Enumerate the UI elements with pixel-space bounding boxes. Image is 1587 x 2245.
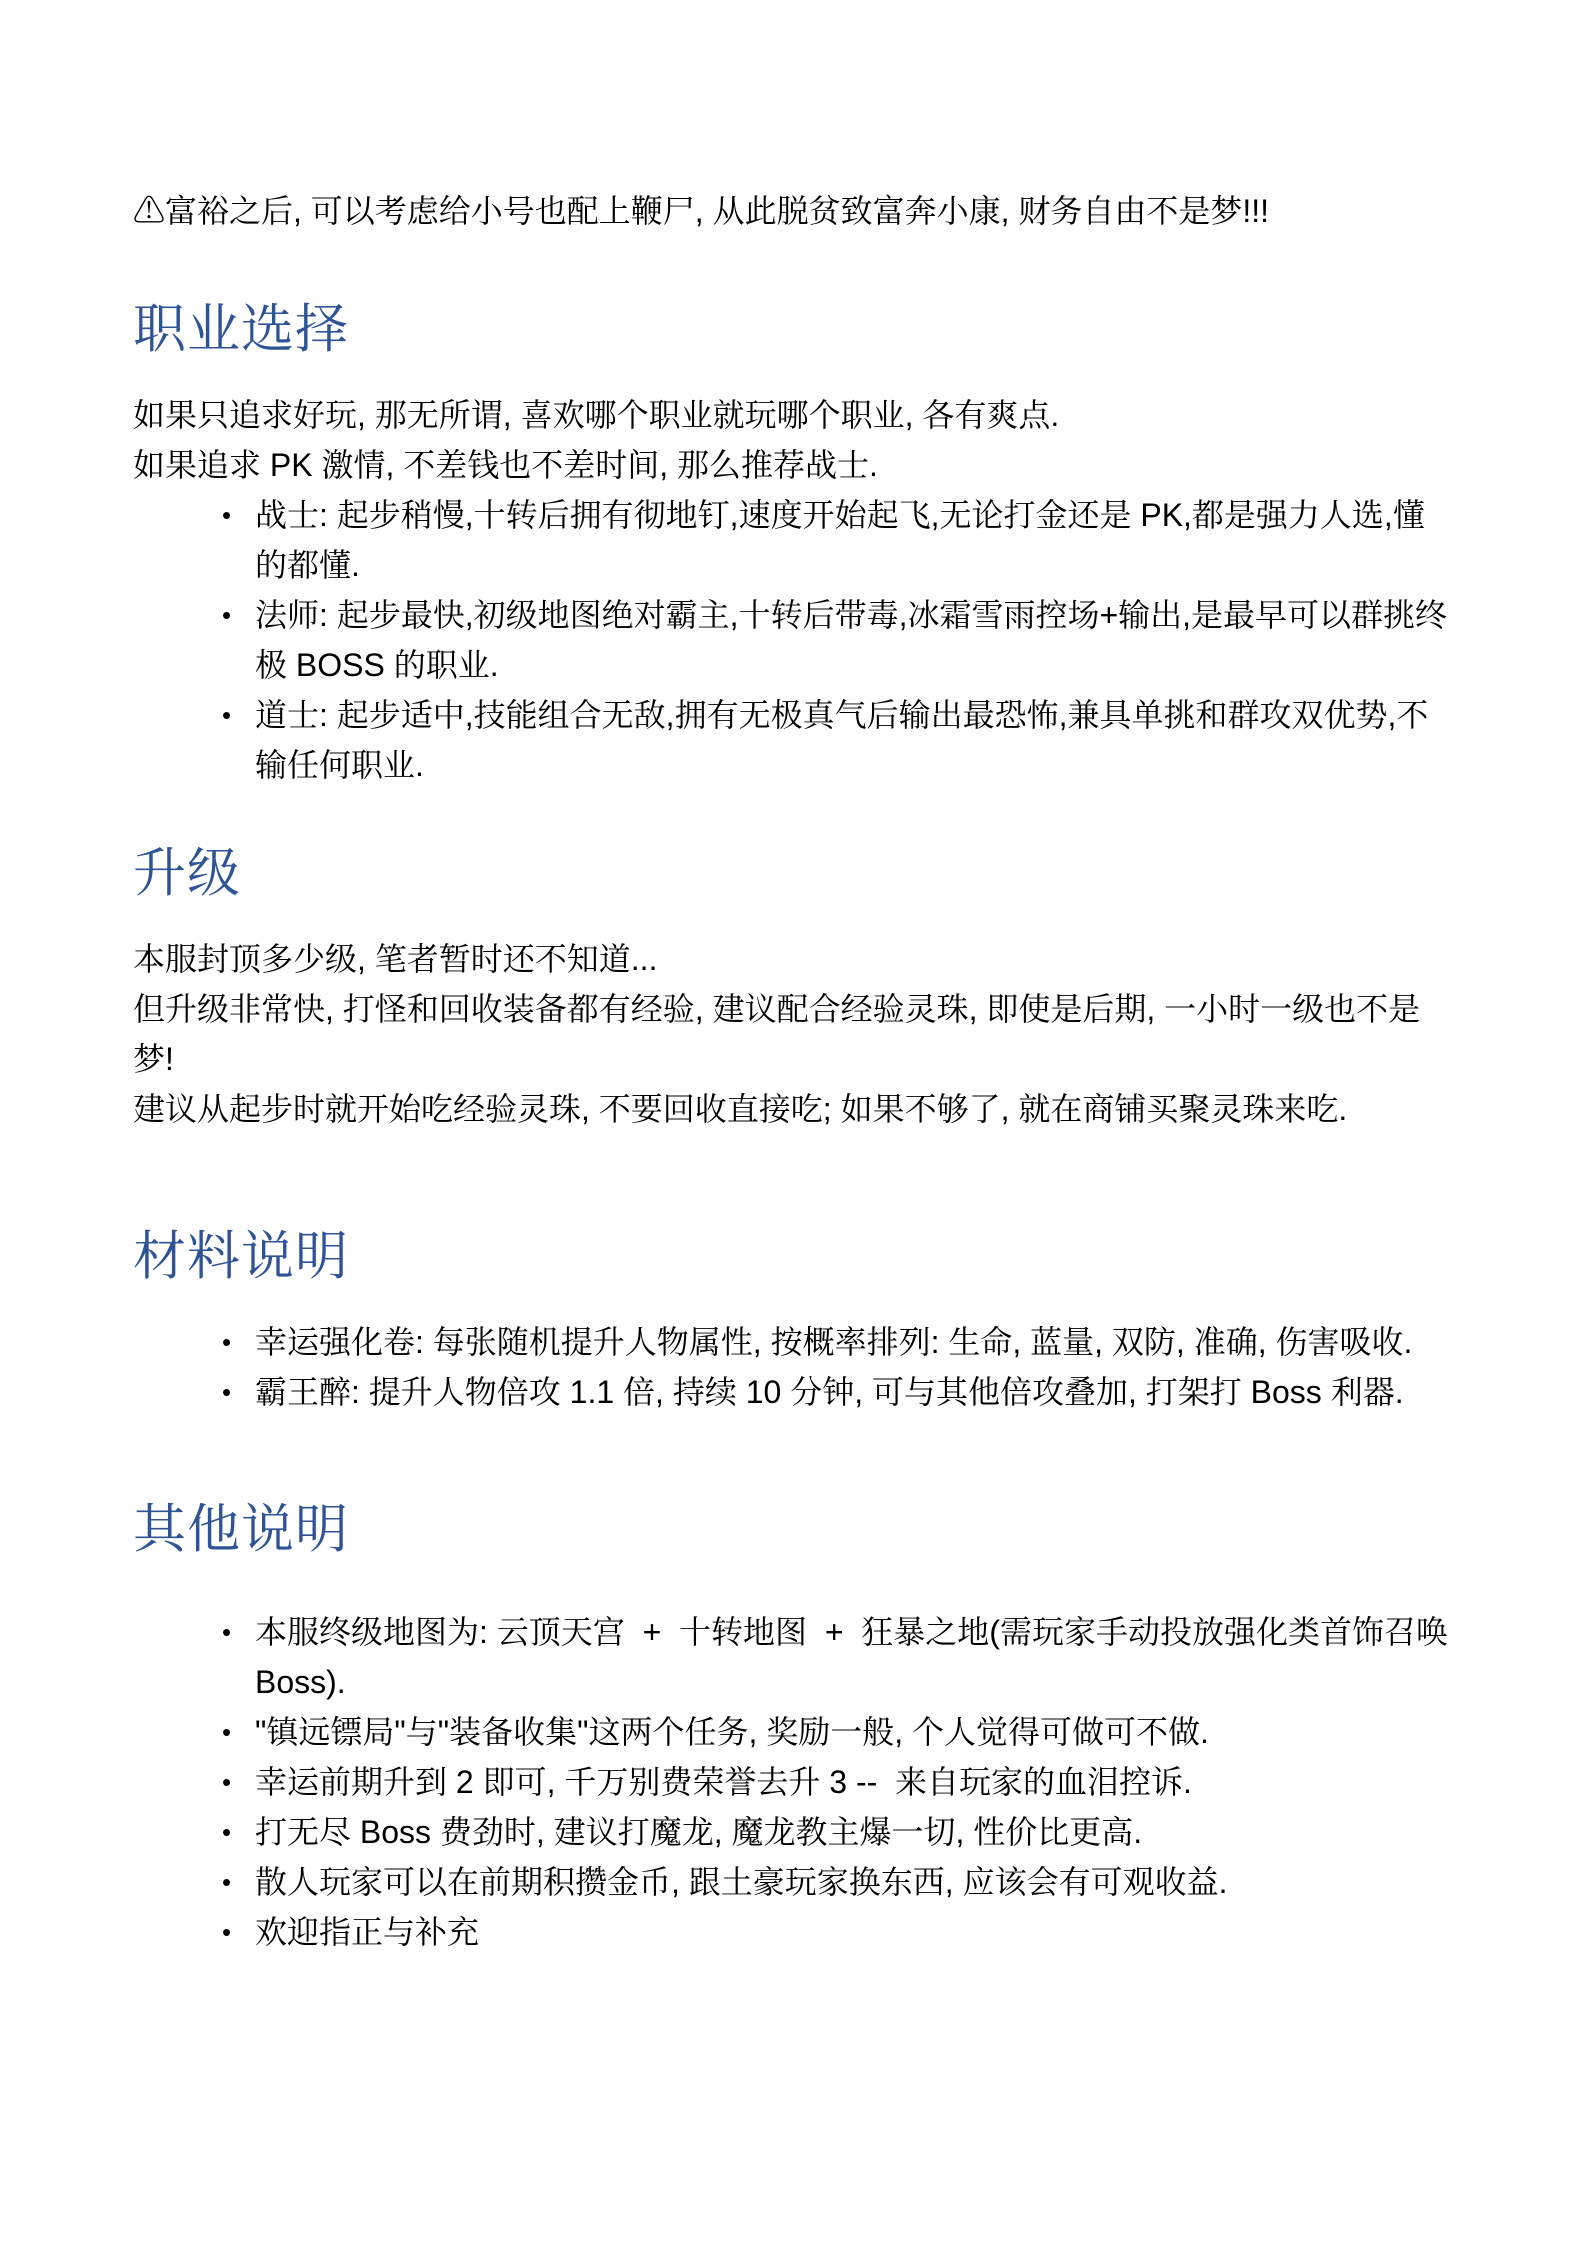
- bullet-text: 幸运前期升到 2 即可, 千万别费荣誉去升 3 -- 来自玩家的血泪控诉.: [255, 1757, 1450, 1807]
- bullet-item: • 战士: 起步稍慢,十转后拥有彻地钉,速度开始起飞,无论打金还是 PK,都是强…: [133, 490, 1450, 590]
- bullet-dot-icon: •: [222, 1907, 255, 1957]
- section-heading: 升级: [133, 836, 1450, 912]
- bullet-dot-icon: •: [222, 1317, 255, 1367]
- bullet-dot-icon: •: [222, 1367, 255, 1417]
- bullet-item: • 欢迎指正与补充: [133, 1907, 1450, 1957]
- section-materials: 材料说明 • 幸运强化卷: 每张随机提升人物属性, 按概率排列: 生命, 蓝量,…: [133, 1219, 1450, 1417]
- paragraph: 如果追求 PK 激情, 不差钱也不差时间, 那么推荐战士.: [133, 440, 1450, 490]
- bullet-text: "镇远镖局"与"装备收集"这两个任务, 奖励一般, 个人觉得可做可不做.: [255, 1707, 1450, 1757]
- bullet-text: 散人玩家可以在前期积攒金币, 跟土豪玩家换东西, 应该会有可观收益.: [255, 1857, 1450, 1907]
- warning-note: ⚠富裕之后, 可以考虑给小号也配上鞭尸, 从此脱贫致富奔小康, 财务自由不是梦!…: [133, 186, 1450, 236]
- bullet-list: • 本服终级地图为: 云顶天宫 + 十转地图 + 狂暴之地(需玩家手动投放强化类…: [133, 1607, 1450, 1957]
- bullet-text: 本服终级地图为: 云顶天宫 + 十转地图 + 狂暴之地(需玩家手动投放强化类首饰…: [255, 1607, 1450, 1707]
- bullet-item: • 打无尽 Boss 费劲时, 建议打魔龙, 魔龙教主爆一切, 性价比更高.: [133, 1807, 1450, 1857]
- bullet-dot-icon: •: [222, 490, 255, 540]
- bullet-list: • 战士: 起步稍慢,十转后拥有彻地钉,速度开始起飞,无论打金还是 PK,都是强…: [133, 490, 1450, 790]
- section-job-selection: 职业选择 如果只追求好玩, 那无所谓, 喜欢哪个职业就玩哪个职业, 各有爽点. …: [133, 292, 1450, 790]
- bullet-item: • 本服终级地图为: 云顶天宫 + 十转地图 + 狂暴之地(需玩家手动投放强化类…: [133, 1607, 1450, 1707]
- bullet-item: • 霸王醉: 提升人物倍攻 1.1 倍, 持续 10 分钟, 可与其他倍攻叠加,…: [133, 1367, 1450, 1417]
- bullet-item: • 幸运强化卷: 每张随机提升人物属性, 按概率排列: 生命, 蓝量, 双防, …: [133, 1317, 1450, 1367]
- section-other-notes: 其他说明 • 本服终级地图为: 云顶天宫 + 十转地图 + 狂暴之地(需玩家手动…: [133, 1492, 1450, 1957]
- bullet-text: 幸运强化卷: 每张随机提升人物属性, 按概率排列: 生命, 蓝量, 双防, 准确…: [255, 1317, 1450, 1367]
- bullet-text: 欢迎指正与补充: [255, 1907, 1450, 1957]
- section-heading: 其他说明: [133, 1492, 1450, 1568]
- bullet-item: • "镇远镖局"与"装备收集"这两个任务, 奖励一般, 个人觉得可做可不做.: [133, 1707, 1450, 1757]
- paragraph: 但升级非常快, 打怪和回收装备都有经验, 建议配合经验灵珠, 即使是后期, 一小…: [133, 984, 1450, 1084]
- bullet-dot-icon: •: [222, 1757, 255, 1807]
- paragraph: 如果只追求好玩, 那无所谓, 喜欢哪个职业就玩哪个职业, 各有爽点.: [133, 390, 1450, 440]
- bullet-item: • 幸运前期升到 2 即可, 千万别费荣誉去升 3 -- 来自玩家的血泪控诉.: [133, 1757, 1450, 1807]
- bullet-text: 战士: 起步稍慢,十转后拥有彻地钉,速度开始起飞,无论打金还是 PK,都是强力人…: [255, 490, 1450, 590]
- bullet-list: • 幸运强化卷: 每张随机提升人物属性, 按概率排列: 生命, 蓝量, 双防, …: [133, 1317, 1450, 1417]
- bullet-dot-icon: •: [222, 1607, 255, 1657]
- bullet-dot-icon: •: [222, 1857, 255, 1907]
- bullet-text: 打无尽 Boss 费劲时, 建议打魔龙, 魔龙教主爆一切, 性价比更高.: [255, 1807, 1450, 1857]
- bullet-dot-icon: •: [222, 1707, 255, 1757]
- bullet-text: 霸王醉: 提升人物倍攻 1.1 倍, 持续 10 分钟, 可与其他倍攻叠加, 打…: [255, 1367, 1450, 1417]
- bullet-item: • 法师: 起步最快,初级地图绝对霸主,十转后带毒,冰霜雪雨控场+输出,是最早可…: [133, 590, 1450, 690]
- bullet-item: • 散人玩家可以在前期积攒金币, 跟土豪玩家换东西, 应该会有可观收益.: [133, 1857, 1450, 1907]
- section-heading: 职业选择: [133, 292, 1450, 368]
- section-heading: 材料说明: [133, 1219, 1450, 1295]
- bullet-dot-icon: •: [222, 590, 255, 640]
- bullet-dot-icon: •: [222, 1807, 255, 1857]
- document-page: ⚠富裕之后, 可以考虑给小号也配上鞭尸, 从此脱贫致富奔小康, 财务自由不是梦!…: [0, 0, 1587, 2245]
- bullet-text: 道士: 起步适中,技能组合无敌,拥有无极真气后输出最恐怖,兼具单挑和群攻双优势,…: [255, 690, 1450, 790]
- paragraph: 本服封顶多少级, 笔者暂时还不知道...: [133, 934, 1450, 984]
- section-leveling: 升级 本服封顶多少级, 笔者暂时还不知道... 但升级非常快, 打怪和回收装备都…: [133, 836, 1450, 1134]
- paragraph: 建议从起步时就开始吃经验灵珠, 不要回收直接吃; 如果不够了, 就在商铺买聚灵珠…: [133, 1084, 1450, 1134]
- bullet-dot-icon: •: [222, 690, 255, 740]
- bullet-item: • 道士: 起步适中,技能组合无敌,拥有无极真气后输出最恐怖,兼具单挑和群攻双优…: [133, 690, 1450, 790]
- bullet-text: 法师: 起步最快,初级地图绝对霸主,十转后带毒,冰霜雪雨控场+输出,是最早可以群…: [255, 590, 1450, 690]
